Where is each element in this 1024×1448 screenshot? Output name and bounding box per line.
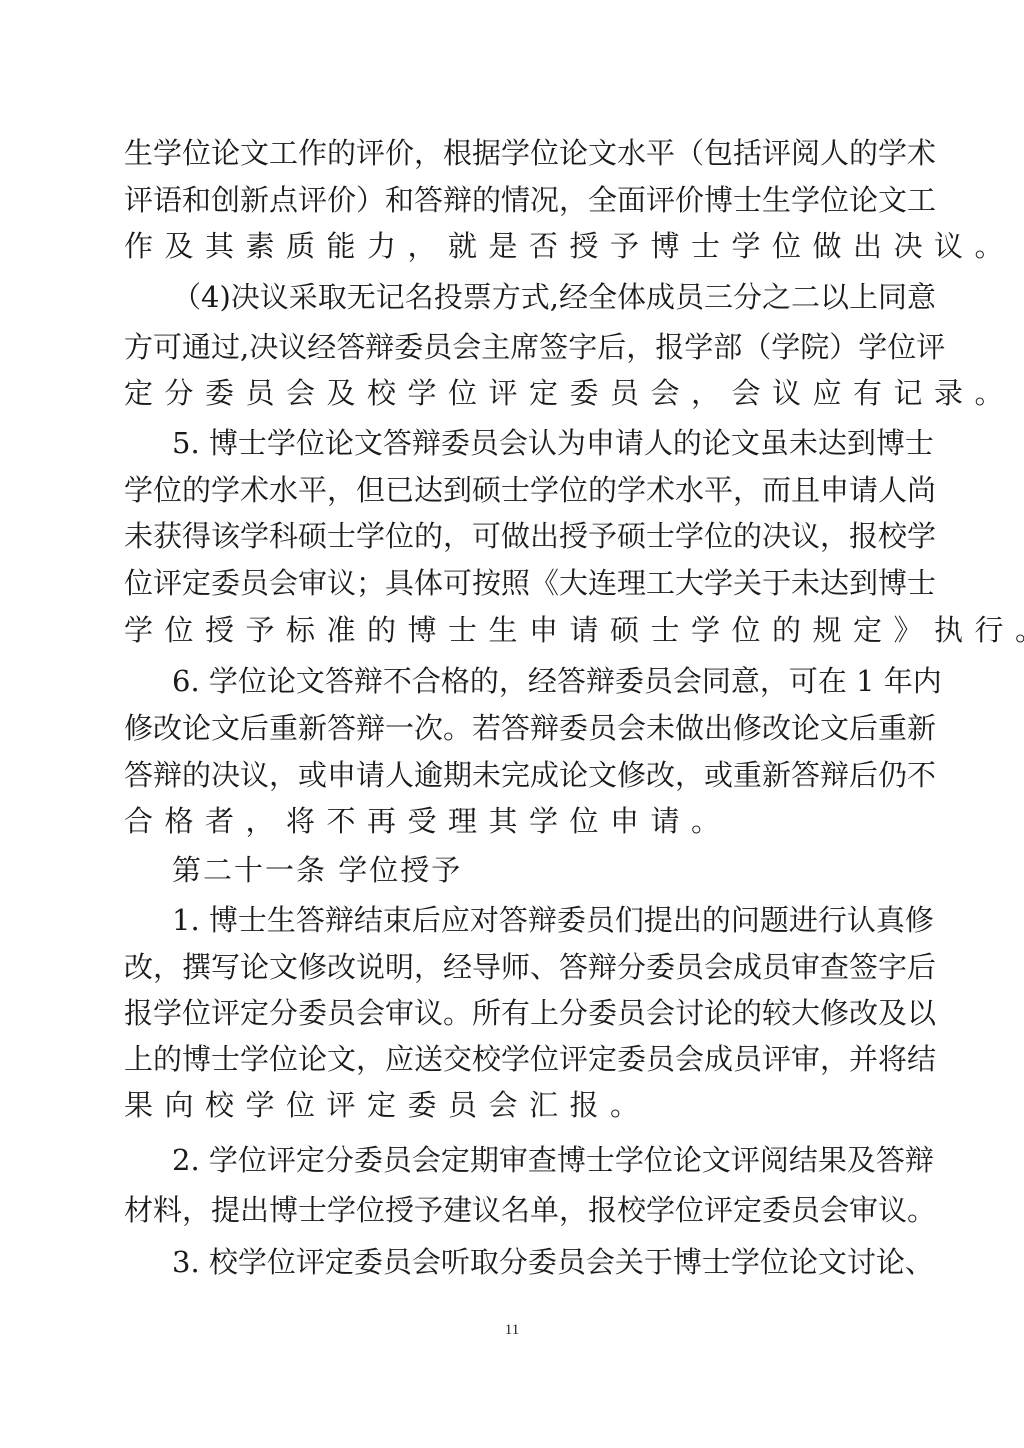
document-page: 生学位论文工作的评价，根据学位论文水平（包括评阅人的学术 评语和创新点评价）和答… — [0, 0, 1024, 1448]
page-number: 11 — [0, 1322, 1024, 1339]
body-line: 合格者，将不再受理其学位申请。 — [124, 799, 898, 843]
body-line: 作及其素质能力，就是否授予博士学位做出决议。 — [124, 224, 898, 268]
body-line: 学位的学术水平，但已达到硕士学位的学术水平，而且申请人尚 — [124, 468, 898, 512]
paragraph-start-line: 6. 学位论文答辩不合格的，经答辩委员会同意，可在 1 年内 — [172, 659, 898, 703]
paragraph-start-line: （4)决议采取无记名投票方式,经全体成员三分之二以上同意 — [172, 275, 898, 319]
body-line: 生学位论文工作的评价，根据学位论文水平（包括评阅人的学术 — [124, 131, 898, 175]
body-line: 评语和创新点评价）和答辩的情况，全面评价博士生学位论文工 — [124, 178, 898, 222]
paragraph-start-line: 5. 博士学位论文答辩委员会认为申请人的论文虽未达到博士 — [172, 421, 898, 465]
body-line: 修改论文后重新答辩一次。若答辩委员会未做出修改论文后重新 — [124, 706, 898, 750]
body-line: 方可通过,决议经答辩委员会主席签字后，报学部（学院）学位评 — [124, 325, 898, 369]
article-heading: 第二十一条 学位授予 — [172, 848, 898, 892]
body-line: 材料，提出博士学位授予建议名单，报校学位评定委员会审议。 — [124, 1188, 898, 1232]
paragraph-start-line: 2. 学位评定分委员会定期审查博士学位论文评阅结果及答辩 — [172, 1138, 898, 1182]
body-line: 未获得该学科硕士学位的，可做出授予硕士学位的决议，报校学 — [124, 514, 898, 558]
body-line: 果向校学位评定委员会汇报。 — [124, 1083, 898, 1127]
body-line: 位评定委员会审议；具体可按照《大连理工大学关于未达到博士 — [124, 561, 898, 605]
paragraph-start-line: 1. 博士生答辩结束后应对答辩委员们提出的问题进行认真修 — [172, 898, 898, 942]
paragraph-start-line: 3. 校学位评定委员会听取分委员会关于博士学位论文讨论、 — [172, 1240, 898, 1284]
body-line: 改，撰写论文修改说明，经导师、答辩分委员会成员审查签字后 — [124, 945, 898, 989]
body-line: 报学位评定分委员会审议。所有上分委员会讨论的较大修改及以 — [124, 991, 898, 1035]
body-line: 答辩的决议，或申请人逾期未完成论文修改，或重新答辩后仍不 — [124, 753, 898, 797]
body-line: 上的博士学位论文，应送交校学位评定委员会成员评审，并将结 — [124, 1037, 898, 1081]
body-line: 定分委员会及校学位评定委员会，会议应有记录。 — [124, 371, 898, 415]
body-line: 学位授予标准的博士生申请硕士学位的规定》执行。 — [124, 608, 898, 652]
